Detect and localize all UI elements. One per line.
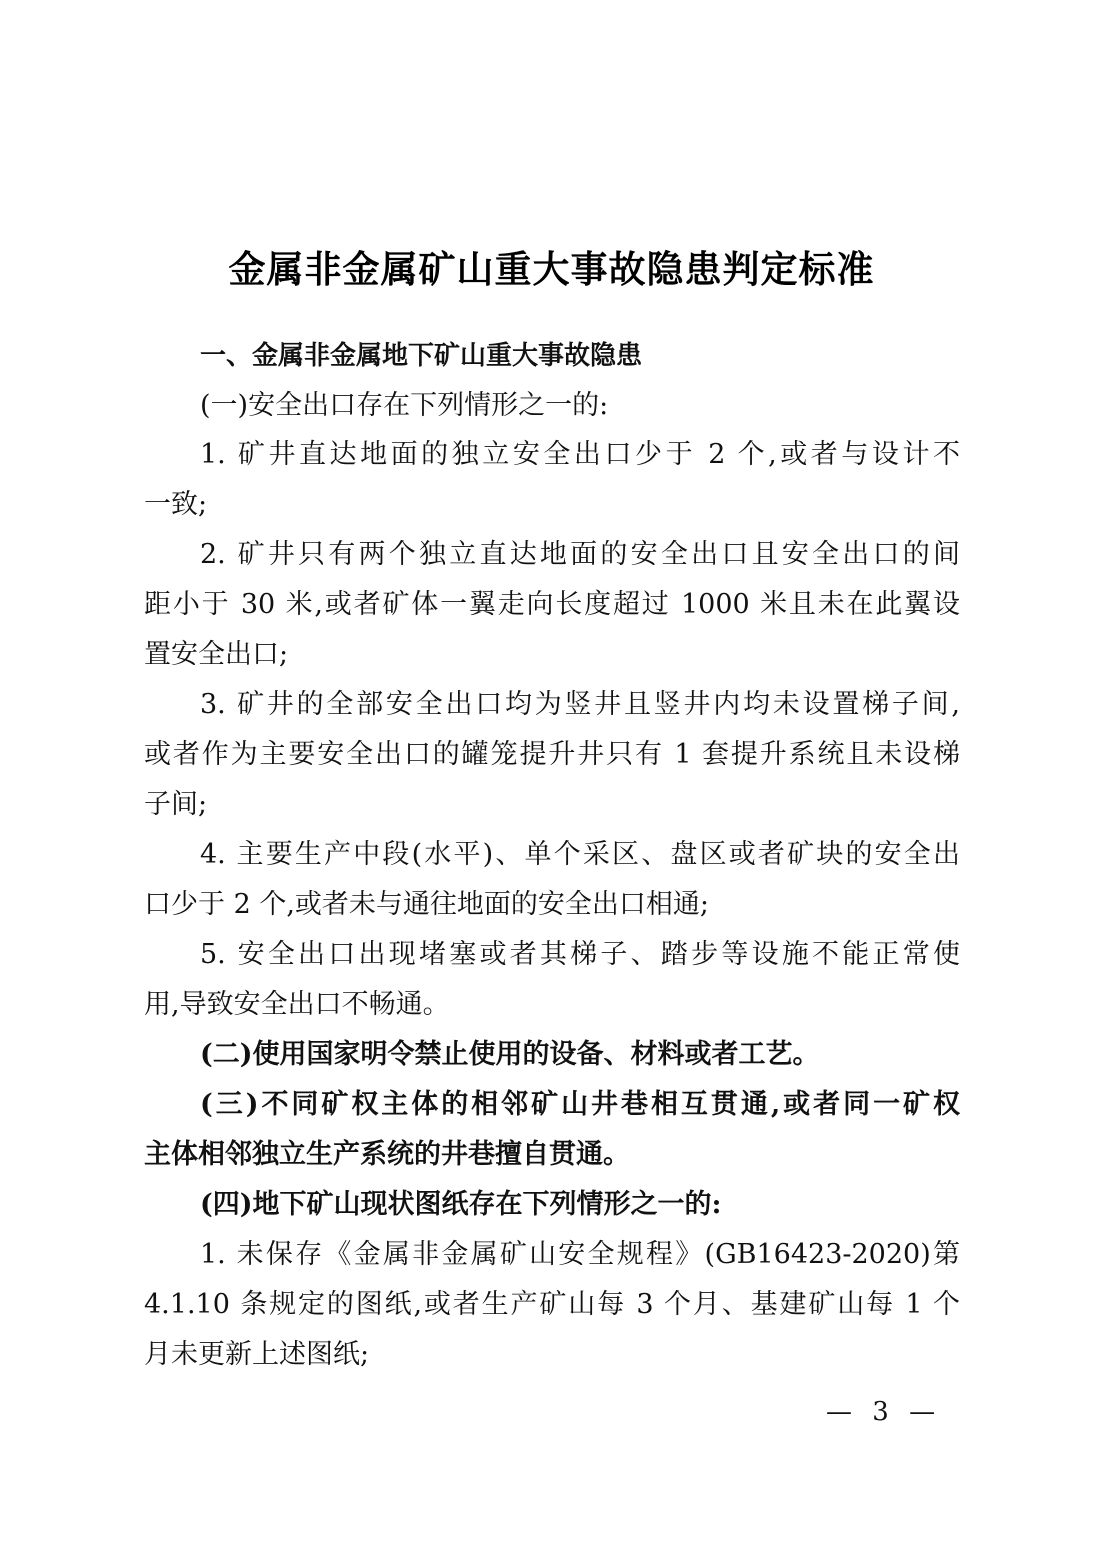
section-heading: 一、金属非金属地下矿山重大事故隐患 (200, 336, 642, 376)
paragraph-line: 或者作为主要安全出口的罐笼提升井只有 1 套提升系统且未设梯 (144, 735, 960, 775)
paragraph-line: 距小于 30 米,或者矿体一翼走向长度超过 1000 米且未在此翼设 (144, 585, 960, 625)
paragraph-line: 1. 未保存《金属非金属矿山安全规程》(GB16423-2020)第 (200, 1235, 960, 1275)
document-page: 金属非金属矿山重大事故隐患判定标准 一、金属非金属地下矿山重大事故隐患 (一)安… (0, 0, 1103, 1560)
paragraph-line: 5. 安全出口出现堵塞或者其梯子、踏步等设施不能正常使 (200, 935, 960, 975)
paragraph-line: 4. 主要生产中段(水平)、单个采区、盘区或者矿块的安全出 (200, 835, 960, 875)
paragraph-line: 2. 矿井只有两个独立直达地面的安全出口且安全出口的间 (200, 535, 960, 575)
paragraph-line: 口少于 2 个,或者未与通往地面的安全出口相通; (144, 885, 709, 925)
paragraph-line: (一)安全出口存在下列情形之一的: (200, 386, 608, 426)
paragraph-line: (三)不同矿权主体的相邻矿山井巷相互贯通,或者同一矿权 (200, 1085, 960, 1125)
paragraph-line: 月未更新上述图纸; (144, 1335, 369, 1375)
paragraph-line: (四)地下矿山现状图纸存在下列情形之一的: (200, 1185, 722, 1225)
paragraph-line: 3. 矿井的全部安全出口均为竖井且竖井内均未设置梯子间, (200, 685, 960, 725)
paragraph-line: 置安全出口; (144, 635, 288, 675)
document-title: 金属非金属矿山重大事故隐患判定标准 (0, 244, 1103, 296)
paragraph-line: 4.1.10 条规定的图纸,或者生产矿山每 3 个月、基建矿山每 1 个 (144, 1285, 960, 1325)
paragraph-line: (二)使用国家明令禁止使用的设备、材料或者工艺。 (200, 1035, 820, 1075)
paragraph-line: 子间; (144, 785, 207, 825)
paragraph-line: 一致; (144, 485, 207, 525)
page-number: — 3 — (826, 1392, 941, 1432)
paragraph-line: 主体相邻独立生产系统的井巷擅自贯通。 (144, 1135, 630, 1175)
paragraph-line: 1. 矿井直达地面的独立安全出口少于 2 个,或者与设计不 (200, 435, 960, 475)
paragraph-line: 用,导致安全出口不畅通。 (144, 985, 450, 1025)
